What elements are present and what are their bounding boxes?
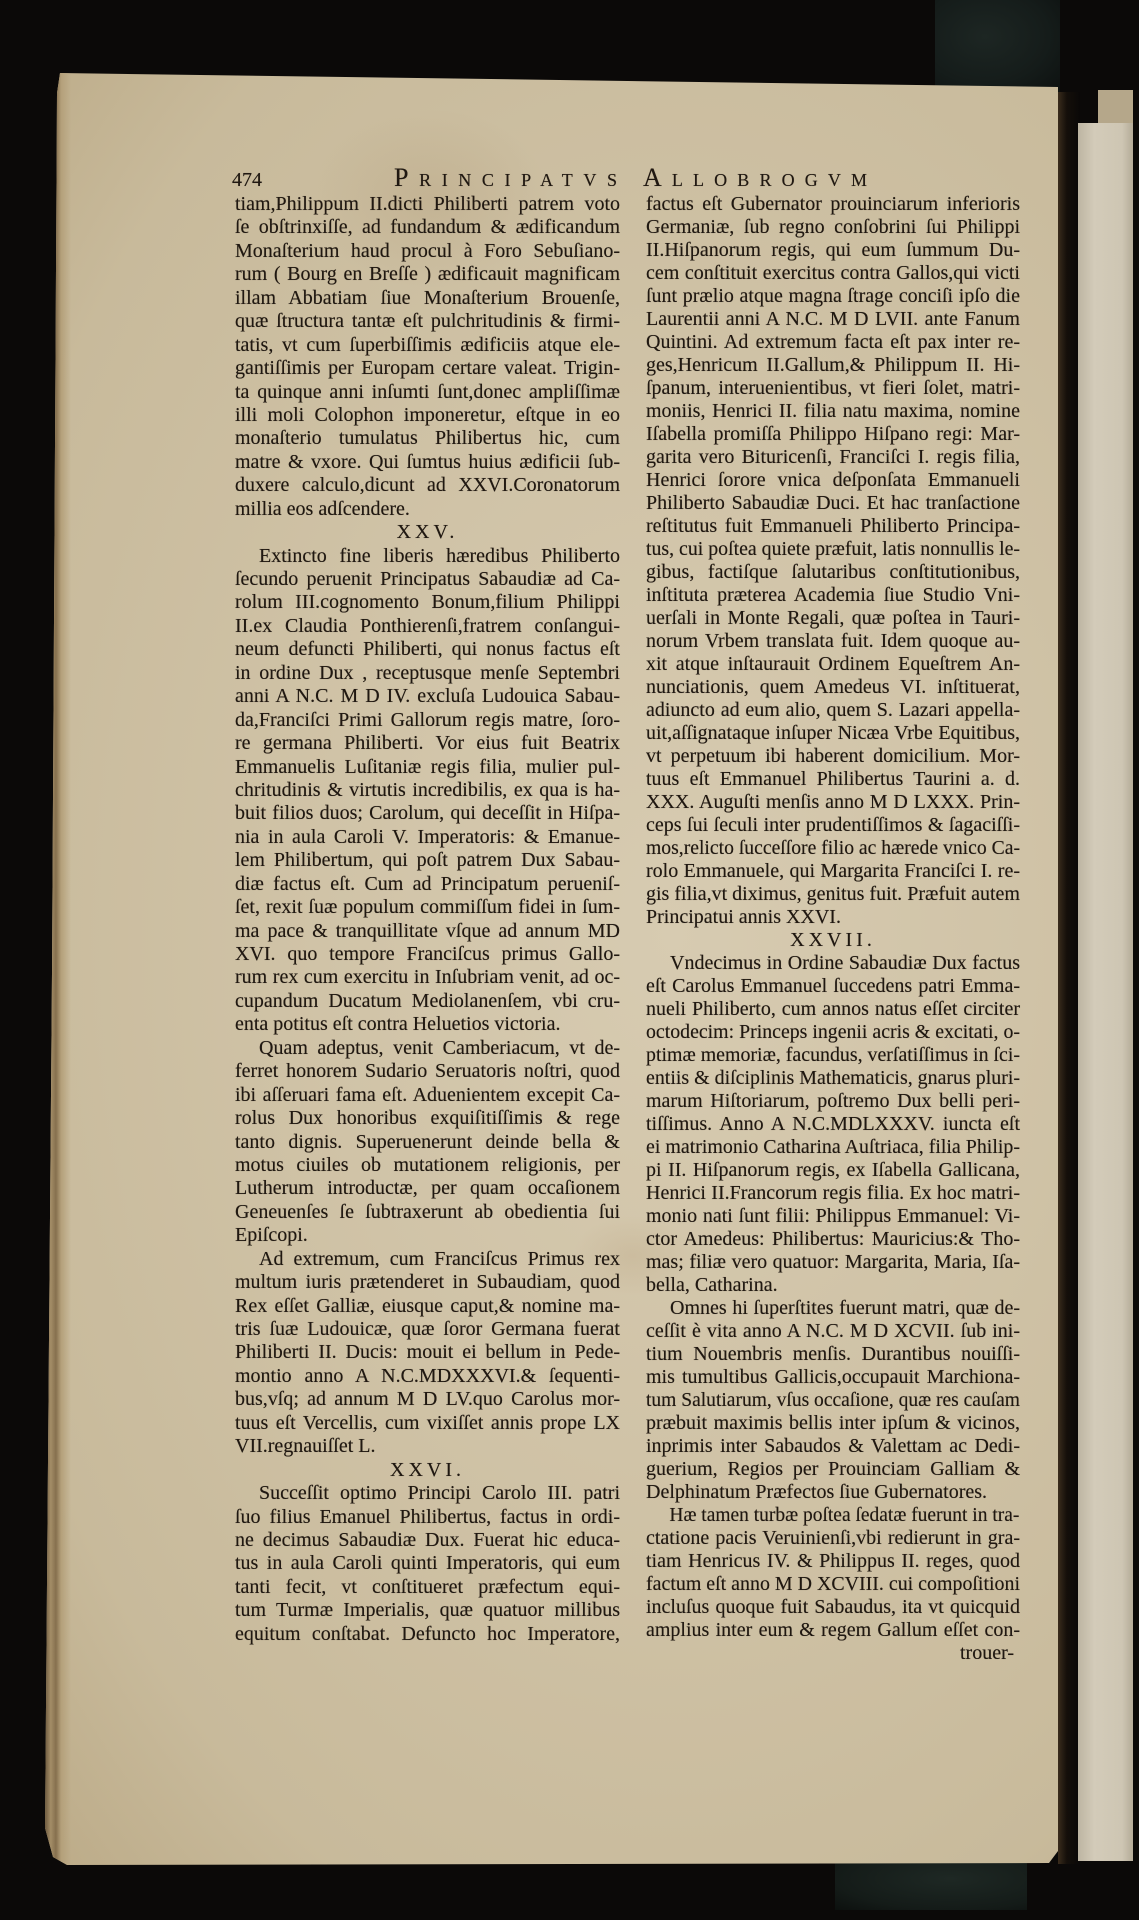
- text-line: Vndecimus in Ordine Sabaudiæ Dux factus: [646, 952, 1020, 975]
- text-line: rolus Dux honoribus exquiſitiſſimis & re…: [235, 1107, 620, 1130]
- next-page-corner: [1098, 90, 1133, 124]
- text-line: montio anno A N.C.MDXXXVI.& ſequenti-: [235, 1365, 620, 1388]
- text-line: da,Franciſci Primi Gallorum regis matre,…: [235, 709, 620, 732]
- running-head-left: PRINCIPATVS: [394, 165, 628, 191]
- text-line: monio nati ſunt filii: Philippus Emmanue…: [646, 1205, 1020, 1228]
- text-line: ſe obſtrinxiſſe, ad fundandum & ædifican…: [235, 216, 620, 239]
- text-line: cem conſtituit exercitus contra Gallos,q…: [646, 262, 1020, 285]
- text-line: mas; filiæ vero quatuor: Margarita, Mari…: [646, 1251, 1020, 1274]
- text-line: ceſſit è vita anno A N.C. M D XCVII. ſub…: [646, 1320, 1020, 1343]
- catchword: trouer-: [646, 1642, 1020, 1665]
- background-cloth-top: [935, 0, 1060, 92]
- text-line: Emmanuelis Luſitaniæ regis filia, mulier…: [235, 756, 620, 779]
- text-line: ſuo filius Emanuel Philibertus, factus i…: [235, 1506, 620, 1529]
- text-line: tuus eſt Vercellis, cum vixiſſet annis p…: [235, 1412, 620, 1435]
- text-line: rum rex cum exercitu in Inſubriam venit,…: [235, 966, 620, 989]
- text-line: ma pace & tranquillitate vſque ad annum …: [235, 920, 620, 943]
- text-line: ſpanum, interuenientibus, vt fieri ſolet…: [646, 377, 1020, 400]
- text-line: ferret honorem Sudario Seruatoris noſtri…: [235, 1060, 620, 1083]
- text-line: II.ex Claudia Ponthierenſi,fratrem conſa…: [235, 615, 620, 638]
- text-line: tium Nouembris menſis. Durantibus nouiſſ…: [646, 1343, 1020, 1366]
- text-line: factus eſt Gubernator prouinciarum infer…: [646, 193, 1020, 216]
- text-line: amplius inter eum & regem Gallum eſſet c…: [646, 1619, 1020, 1642]
- text-line: xit atque inſtaurauit Ordinem Equeſtrem …: [646, 653, 1020, 676]
- text-line: ſet, rexit ſuæ populum commiſſum fidei i…: [235, 896, 620, 919]
- section-heading: XXVI.: [235, 1459, 620, 1482]
- text-line: uerſali in Monte Regali, quæ poſtea in T…: [646, 607, 1020, 630]
- background-cloth-bottom: [835, 1858, 1027, 1910]
- text-line: factum eſt anno M D XCVIII. cui compoſit…: [646, 1573, 1019, 1596]
- text-line: adiuncto ad eum alio, quem S. Lazari app…: [646, 699, 1020, 722]
- text-line: reſtitutus fuit Emmanueli Philiberto Pri…: [646, 515, 1020, 538]
- text-line: neum defuncti Philiberti, qui nonus fact…: [235, 638, 620, 661]
- text-line: tanto dignis. Superuenerunt deinde bella…: [235, 1131, 620, 1154]
- text-line: ctor Amedeus: Philibertus: Mauricius:& T…: [646, 1228, 1020, 1251]
- text-line: enta potitus eſt contra Heluetios victor…: [235, 1013, 620, 1036]
- section-heading: XXV.: [235, 521, 620, 544]
- text-line: tatis, vt cum ſuperbiſſimis ædificiis at…: [235, 334, 620, 357]
- text-line: motus ciuiles ob mutationem religionis, …: [235, 1154, 620, 1177]
- text-line: uit,aſſignataque inſuper Nicæa Vrbe Equi…: [646, 722, 1020, 745]
- next-page-edge: [1078, 123, 1133, 1861]
- text-line: Lutherum introductæ, per quam occaſionem: [235, 1177, 620, 1200]
- text-line: mis tumultibus Gallicis,occupauit Marchi…: [646, 1366, 1020, 1389]
- text-line: tiſſimus. Anno A N.C.MDLXXXV. iuncta eſt: [646, 1113, 1020, 1136]
- text-line: garita vero Bituricenſi, Franciſci I. re…: [646, 446, 1020, 469]
- text-line: re germana Philiberti. Vor eius fuit Bea…: [235, 732, 620, 755]
- text-line: præbuit maximis bellis inter ipſum & vic…: [646, 1412, 1020, 1435]
- text-line: VII.regnauiſſet L.: [235, 1435, 620, 1458]
- text-line: Ad extremum, cum Franciſcus Primus rex: [235, 1248, 620, 1271]
- text-line: buit filios duos; Carolum, qui deceſſit …: [235, 802, 620, 825]
- text-line: rolo Emmanuele, qui Margarita Franciſci …: [646, 860, 1020, 883]
- text-line: Hæ tamen turbæ poſtea ſedatæ fuerunt in …: [646, 1504, 1010, 1527]
- text-line: tiam Henricus IV. & Philippus II. reges,…: [646, 1550, 1020, 1573]
- text-line: tum Turmæ Imperialis, quæ quatuor millib…: [235, 1599, 620, 1622]
- text-line: Philiberto Sabaudiæ Duci. Et hac tranſac…: [646, 492, 1020, 515]
- text-line: monaſterio tumulatus Philibertus hic, cu…: [235, 427, 620, 450]
- text-line: nunciationis, quem Amedeus VI. inſtituer…: [646, 676, 1020, 699]
- text-line: octodecim: Princeps ingenii acris & exci…: [646, 1021, 1017, 1044]
- section-heading: XXVII.: [646, 929, 1020, 952]
- text-line: nueli Philiberto, cum annos natus eſſet …: [646, 998, 1020, 1021]
- text-line: lem Philibertum, qui poſt patrem Dux Sab…: [235, 849, 620, 872]
- text-line: ne decimus Sabaudiæ Dux. Fuerat hic educ…: [235, 1529, 620, 1552]
- text-line: bella, Catharina.: [646, 1274, 1020, 1297]
- text-line: Succeſſit optimo Principi Carolo III. pa…: [235, 1482, 620, 1505]
- text-line: Germaniæ, ſub regno conſobrini ſui Phili…: [646, 216, 1020, 239]
- text-line: ptimæ memoriæ, facundus, verſatiſſimus i…: [646, 1044, 1018, 1067]
- gutter-shadow: [1058, 92, 1080, 1864]
- text-line: Quintini. Ad extremum facta eſt pax inte…: [646, 331, 1020, 354]
- text-line: eſt Carolus Emmanuel ſuccedens patri Emm…: [646, 975, 1020, 998]
- text-line: gibus, factiſque ſalutaribus conſtitutio…: [646, 561, 1020, 584]
- text-line: ſunt prælio atque magna ſtrage conciſi i…: [646, 285, 1020, 308]
- text-line: norum Vrbem translata fuit. Idem quoque …: [646, 630, 1020, 653]
- text-line: cupandum Ducatum Mediolanenſem, vbi cru-: [235, 990, 620, 1013]
- text-line: quæ ſtructura tantæ eſt pulchritudinis &…: [235, 310, 620, 333]
- text-line: tus in aula Caroli quinti Imperatoris, q…: [235, 1552, 620, 1575]
- text-line: rum ( Bourg en Breſſe ) ædificauit magni…: [235, 263, 620, 286]
- text-line: Quam adeptus, venit Camberiacum, vt de-: [235, 1037, 620, 1060]
- text-line: Geneuenſes ſe ſubtraxerunt ab obedientia…: [235, 1201, 620, 1224]
- text-line: XXX. Auguſti menſis anno M D LXXX. Prin-: [646, 791, 1020, 814]
- text-line: tuus eſt Emmanuel Philibertus Taurini a.…: [646, 768, 1020, 791]
- text-line: Epiſcopi.: [235, 1224, 620, 1247]
- text-line: inſtituta præterea Academia ſiue Studio …: [646, 584, 1020, 607]
- text-line: tiam,Philippum II.dicti Philiberti patre…: [235, 193, 620, 216]
- text-line: millia eos adſcendere.: [235, 498, 620, 521]
- text-line: mos,relicto ſucceſſore filio ac hærede v…: [646, 837, 1014, 860]
- left-column: tiam,Philippum II.dicti Philiberti patre…: [235, 193, 620, 1646]
- text-line: illi moli Colophon imponeretur, eſtque i…: [235, 404, 620, 427]
- text-line: chritudinis & virtutis incredibilis, ex …: [235, 779, 620, 802]
- binding-edge: [45, 73, 71, 1865]
- text-line: diæ factus eſt. Cum ad Principatum perue…: [235, 873, 620, 896]
- text-line: II.Hiſpanorum regis, qui eum ſummum Du-: [646, 239, 1020, 262]
- text-line: Delphinatum Præfectos ſiue Gubernatores.: [646, 1481, 1020, 1504]
- text-line: illam Abbatiam ſiue Monaſterium Brouenſe…: [235, 287, 620, 310]
- text-line: vt perpetuum ibi haberent domicilium. Mo…: [646, 745, 1020, 768]
- text-line: Henrici ſorore vnica deſponſata Emmanuel…: [646, 469, 1020, 492]
- page-number: 474: [232, 170, 262, 190]
- text-line: Principatui annis XXVI.: [646, 906, 1020, 929]
- text-line: anni A N.C. M D IV. excluſa Ludouica Sab…: [235, 685, 620, 708]
- text-line: equitum conſtabat. Defuncto hoc Imperato…: [235, 1623, 620, 1646]
- text-line: ges,Henricum II.Gallum,& Philippum II. H…: [646, 354, 1020, 377]
- text-line: Henrici II.Francorum regis filia. Ex hoc…: [646, 1182, 1020, 1205]
- text-line: multum iuris prætenderet in Subaudiam, q…: [235, 1271, 620, 1294]
- text-line: gis filia,vt diximus, genitus fuit. Præf…: [646, 883, 1020, 906]
- text-line: ctatione pacis Veruinienſi,vbi redierunt…: [646, 1527, 1020, 1550]
- text-line: tanti fecit, vt conſtitueret præfectum e…: [235, 1576, 620, 1599]
- text-line: ibi aſſeruari fama eſt. Aduenientem exce…: [235, 1084, 620, 1107]
- text-line: Monaſterium haud procul à Foro Sebuſiano…: [235, 240, 620, 263]
- text-line: moniis, Henrici II. filia natu maxima, n…: [646, 400, 1020, 423]
- text-line: in ordine Dux , receptusque menſe Septem…: [235, 662, 620, 685]
- text-line: entiis & diſciplinis Mathematicis, gnaru…: [646, 1067, 1019, 1090]
- text-line: Omnes hi ſuperſtites fuerunt matri, quæ …: [646, 1297, 1020, 1320]
- text-line: ta quinque anni inſumti ſunt,donec ampli…: [235, 381, 620, 404]
- text-line: incluſus quoque fuit Sabaudus, ita vt qu…: [646, 1596, 1020, 1619]
- running-head-right: ALLOBROGVM: [643, 165, 877, 191]
- text-line: pi II. Hiſpanorum regis, ex Iſabella Gal…: [646, 1159, 1020, 1182]
- text-line: Laurentii anni A N.C. M D LVII. ante Fan…: [646, 308, 1020, 331]
- text-line: tris ſuæ Ludouicæ, quæ ſoror Germana fue…: [235, 1318, 620, 1341]
- text-line: bus,vſq; ad annum M D LV.quo Carolus mor…: [235, 1388, 620, 1411]
- text-line: ceps ſui ſeculi inter prudentiſſimos & ſ…: [646, 814, 1020, 837]
- text-line: Extincto fine liberis hæredibus Philiber…: [235, 545, 620, 568]
- text-line: nia in aula Caroli V. Imperatoris: & Ema…: [235, 826, 620, 849]
- text-line: tum Salutiarum, vſus occaſione, quæ res …: [646, 1389, 1011, 1412]
- text-line: guerium, Regios per Prouinciam Galliam &: [646, 1458, 1020, 1481]
- text-line: XVI. quo tempore Franciſcus primus Gallo…: [235, 943, 620, 966]
- text-line: matre & vxore. Qui ſumtus huius ædificii…: [235, 451, 620, 474]
- text-line: ei matrimonio Catharina Auſtriaca, filia…: [646, 1136, 1019, 1159]
- text-line: Philiberti II. Ducis: mouit ei bellum in…: [235, 1341, 620, 1364]
- text-line: marum Hiſtoriarum, poſtremo Dux belli pe…: [646, 1090, 1020, 1113]
- text-line: Iſabella promiſſa Philippo Hiſpano regi:…: [646, 423, 1020, 446]
- text-line: duxere calculo,dicunt ad XXVI.Coronatoru…: [235, 474, 620, 497]
- text-line: rolum III.cognomento Bonum,filium Philip…: [235, 591, 620, 614]
- text-line: gantiſſimis per Europam certare valeat. …: [235, 357, 620, 380]
- right-column: factus eſt Gubernator prouinciarum infer…: [646, 193, 1020, 1665]
- text-line: inprimis inter Sabaudos & Valettam ac De…: [646, 1435, 1020, 1458]
- text-line: ſecundo peruenit Principatus Sabaudiæ ad…: [235, 568, 620, 591]
- text-line: Rex eſſet Galliæ, eiusque caput,& nomine…: [235, 1295, 620, 1318]
- text-line: tus, cui poſtea quiete præfuit, latis no…: [646, 538, 1017, 561]
